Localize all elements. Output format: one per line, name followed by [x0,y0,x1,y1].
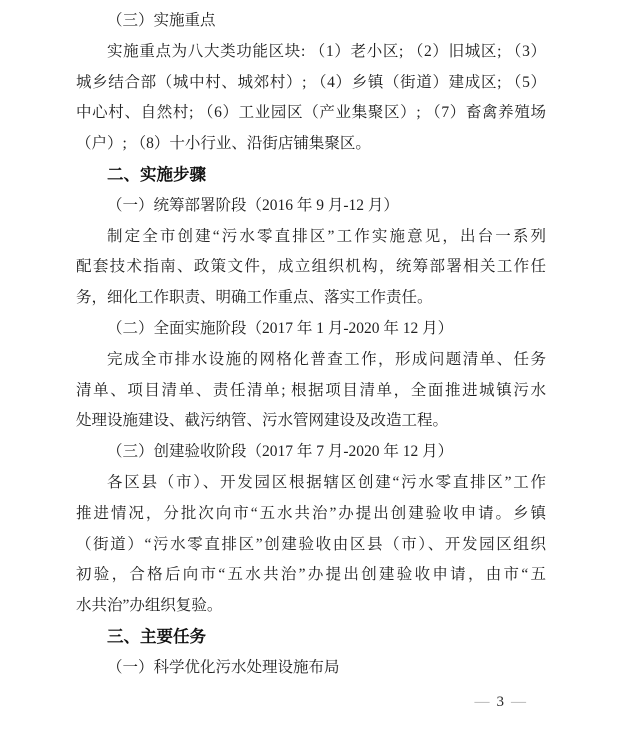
doc-line: （一）统筹部署阶段（2016 年 9 月-12 月） [76,191,546,222]
page-number-value: 3 [490,694,512,710]
page-number-dash-left: — [475,694,490,710]
doc-line: 清单、项目清单、责任清单; 根据项目清单，全面推进城镇污水 [76,376,546,407]
page-number-dash-right: — [511,694,526,710]
document-body: （三）实施重点实施重点为八大类功能区块: （1）老小区; （2）旧城区; （3）… [76,6,546,684]
doc-line: 完成全市排水设施的网格化普查工作，形成问题清单、任务 [76,345,546,376]
doc-line: 中心村、自然村; （6）工业园区（产业集聚区）; （7）畜禽养殖场 [76,98,546,129]
doc-line: 制定全市创建“污水零直排区”工作实施意见，出台一系列 [76,222,546,253]
doc-line: （二）全面实施阶段（2017 年 1 月-2020 年 12 月） [76,314,546,345]
document-lines: （三）实施重点实施重点为八大类功能区块: （1）老小区; （2）旧城区; （3）… [76,6,546,684]
doc-line: 配套技术指南、政策文件，成立组织机构，统筹部署相关工作任 [76,252,546,283]
doc-line: 推进情况，分批次向市“五水共治”办提出创建验收申请。乡镇 [76,499,546,530]
doc-line: 处理设施建设、截污纳管、污水管网建设及改造工程。 [76,406,546,437]
doc-line: 水共治”办组织复验。 [76,591,546,622]
doc-line: 实施重点为八大类功能区块: （1）老小区; （2）旧城区; （3） [76,37,546,68]
doc-line: 城乡结合部（城中村、城郊村）; （4）乡镇（街道）建成区; （5） [76,68,546,99]
document-page: { "page": { "background": "#ffffff", "te… [0,0,629,734]
section-heading: 二、实施步骤 [76,160,546,191]
doc-line: （三）实施重点 [76,6,546,37]
doc-line: （三）创建验收阶段（2017 年 7 月-2020 年 12 月） [76,437,546,468]
doc-line: （户）; （8）十小行业、沿街店铺集聚区。 [76,129,546,160]
doc-line: 务，细化工作职责、明确工作重点、落实工作责任。 [76,283,546,314]
doc-line: 各区县（市）、开发园区根据辖区创建“污水零直排区”工作 [76,468,546,499]
section-heading: 三、主要任务 [76,622,546,653]
doc-line: 初验，合格后向市“五水共治”办提出创建验收申请，由市“五 [76,560,546,591]
doc-line: （一）科学优化污水处理设施布局 [76,653,546,684]
doc-line: （街道）“污水零直排区”创建验收由区县（市）、开发园区组织 [76,530,546,561]
page-number: —3— [76,692,526,712]
